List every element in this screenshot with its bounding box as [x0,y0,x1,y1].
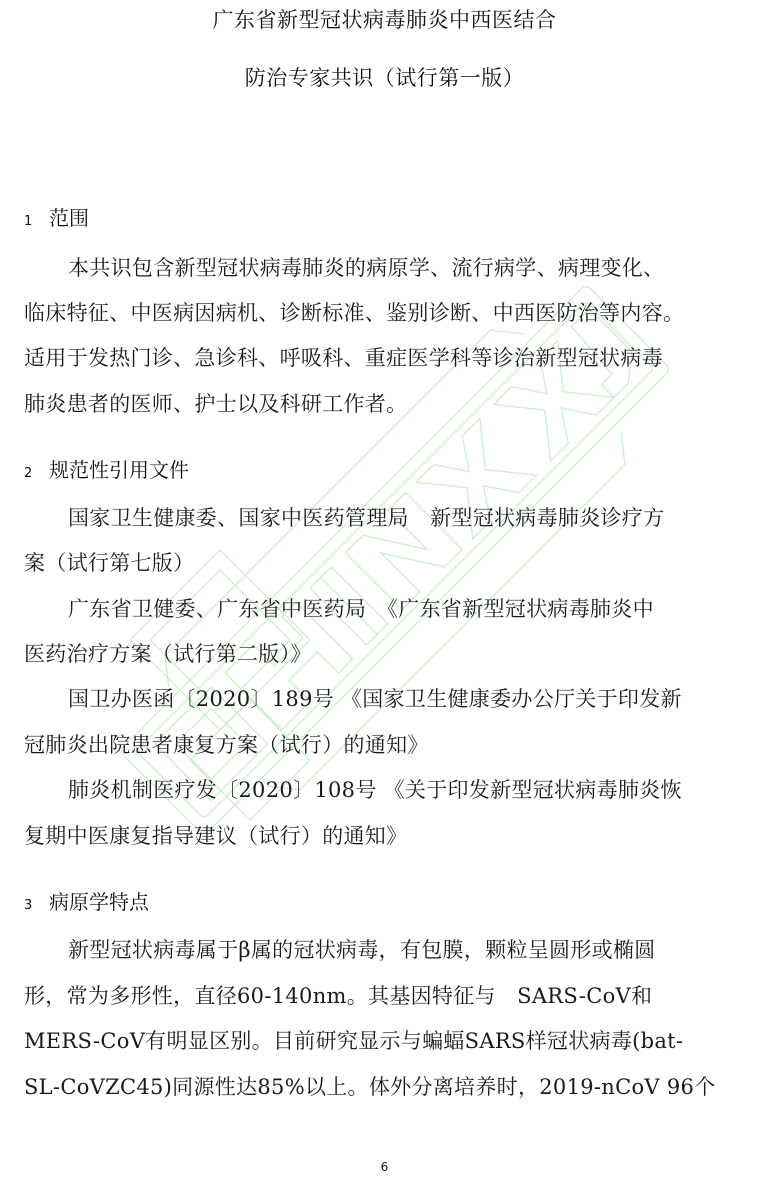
paragraph-line: 适用于发热门诊、急诊科、呼吸科、重症医学科等诊治新型冠状病毒 [24,342,663,372]
paragraph-line: MERS-CoV有明显区别。目前研究显示与蝙蝠SARS样冠状病毒(bat- [24,1025,683,1055]
paragraph-line: SL-CoVZC45)同源性达85%以上。体外分离培养时，2019-nCoV 9… [24,1071,716,1101]
paragraph-line: 肺炎患者的医师、护士以及科研工作者。 [24,388,407,418]
paragraph-line: 临床特征、中医病因病机、诊断标准、鉴别诊断、中西医防治等内容。 [24,297,684,327]
section-heading-pathogen: 3 病原学特点 [24,886,149,915]
section-number: 3 [24,898,49,913]
section-heading-references: 2 规范性引用文件 [24,454,189,483]
section-title: 病原学特点 [49,886,149,915]
page-number: 6 [0,1160,769,1174]
reference-line: 医药治疗方案（试行第二版）》 [24,638,312,668]
paragraph-line: 新型冠状病毒属于β属的冠状病毒，有包膜，颗粒呈圆形或椭圆 [68,934,656,964]
paragraph-line: 本共识包含新型冠状病毒肺炎的病原学、流行病学、病理变化、 [68,252,664,282]
section-title: 范围 [49,202,89,231]
section-heading-scope: 1 范围 [24,202,89,231]
section-title: 规范性引用文件 [49,454,189,483]
reference-line: 国卫办医函〔2020〕189号 《国家卫生健康委办公厅关于印发新 [68,683,682,713]
section-number: 2 [24,466,49,481]
reference-line: 复期中医康复指导建议（试行）的通知》 [24,820,407,850]
paragraph-line: 形，常为多形性，直径60-140nm。其基因特征与 SARS-CoV和 [24,980,652,1010]
reference-line: 国家卫生健康委、国家中医药管理局 新型冠状病毒肺炎诊疗方 [68,502,664,532]
reference-line: 冠肺炎出院患者康复方案（试行）的通知》 [24,729,429,759]
reference-line: 案（试行第七版） [24,547,194,577]
reference-line: 肺炎机制医疗发〔2020〕108号 《关于印发新型冠状病毒肺炎恢 [68,774,682,804]
document-title-line2: 防治专家共识（试行第一版） [0,62,769,92]
reference-line: 广东省卫健委、广东省中医药局 《广东省新型冠状病毒肺炎中 [68,593,654,623]
section-number: 1 [24,214,49,229]
document-title-line1: 广东省新型冠状病毒肺炎中西医结合 [0,4,769,34]
